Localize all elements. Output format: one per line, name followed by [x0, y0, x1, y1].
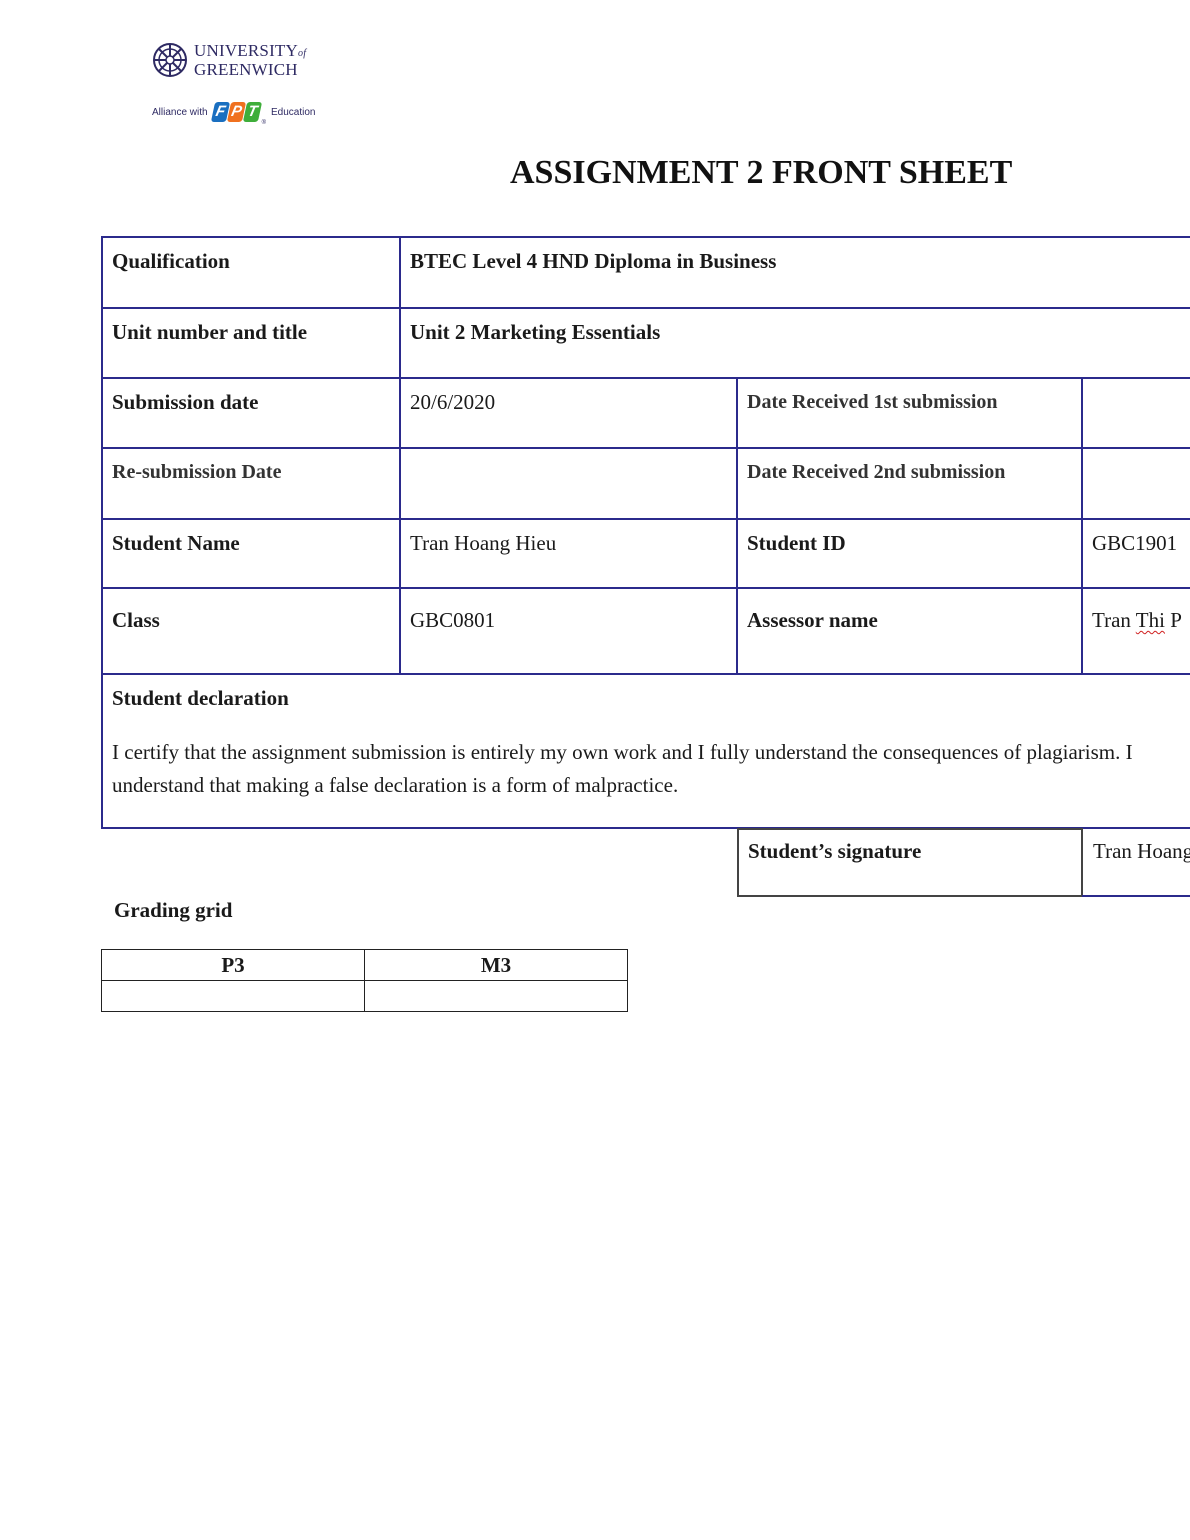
declaration-text: I certify that the assignment submission…	[112, 736, 1190, 802]
date-received-2-label: Date Received 2nd submission	[747, 461, 1005, 484]
alliance-prefix: Alliance with	[152, 107, 208, 118]
compass-emblem-icon	[152, 42, 188, 78]
submission-date-value: 20/6/2020	[410, 390, 495, 415]
unit-value: Unit 2 Marketing Essentials	[410, 320, 660, 345]
student-id-label: Student ID	[747, 531, 846, 556]
grading-header-m3: M3	[365, 950, 628, 981]
grading-grid-title: Grading grid	[114, 898, 232, 923]
spellcheck-underline: Thi	[1136, 608, 1165, 632]
submission-date-label: Submission date	[112, 390, 258, 415]
student-name-label: Student Name	[112, 531, 240, 556]
resubmission-date-label: Re-submission Date	[112, 461, 281, 484]
qualification-value: BTEC Level 4 HND Diploma in Business	[410, 249, 776, 274]
student-id-value: GBC1901	[1092, 531, 1177, 556]
qualification-label: Qualification	[112, 249, 230, 274]
signature-row: Student’s signature Tran Hoang Hieu	[737, 828, 1190, 896]
alliance-suffix: Education	[271, 107, 315, 118]
grading-grid-table: P3 M3	[101, 949, 628, 1012]
student-name-value: Tran Hoang Hieu	[410, 531, 556, 556]
university-name: UNIVERSITYof GREENWICH	[194, 43, 306, 78]
unit-label: Unit number and title	[112, 320, 307, 345]
grading-header-p3: P3	[102, 950, 365, 981]
fpt-logo-icon: FPT	[213, 102, 260, 122]
page-title: ASSIGNMENT 2 FRONT SHEET	[510, 154, 1012, 192]
declaration-title: Student declaration	[112, 686, 289, 711]
university-logo: UNIVERSITYof GREENWICH	[152, 42, 322, 82]
grading-cell-p3	[102, 981, 365, 1012]
date-received-1-label: Date Received 1st submission	[747, 391, 998, 414]
assessor-value: Tran Thi P	[1092, 608, 1182, 633]
assessor-label: Assessor name	[747, 608, 878, 633]
signature-value: Tran Hoang Hieu	[1093, 839, 1190, 864]
grading-cell-m3	[365, 981, 628, 1012]
signature-label: Student’s signature	[748, 839, 921, 864]
fpt-alliance-logo: Alliance with FPT ® Education	[152, 98, 316, 126]
class-label: Class	[112, 608, 160, 633]
class-value: GBC0801	[410, 608, 495, 633]
